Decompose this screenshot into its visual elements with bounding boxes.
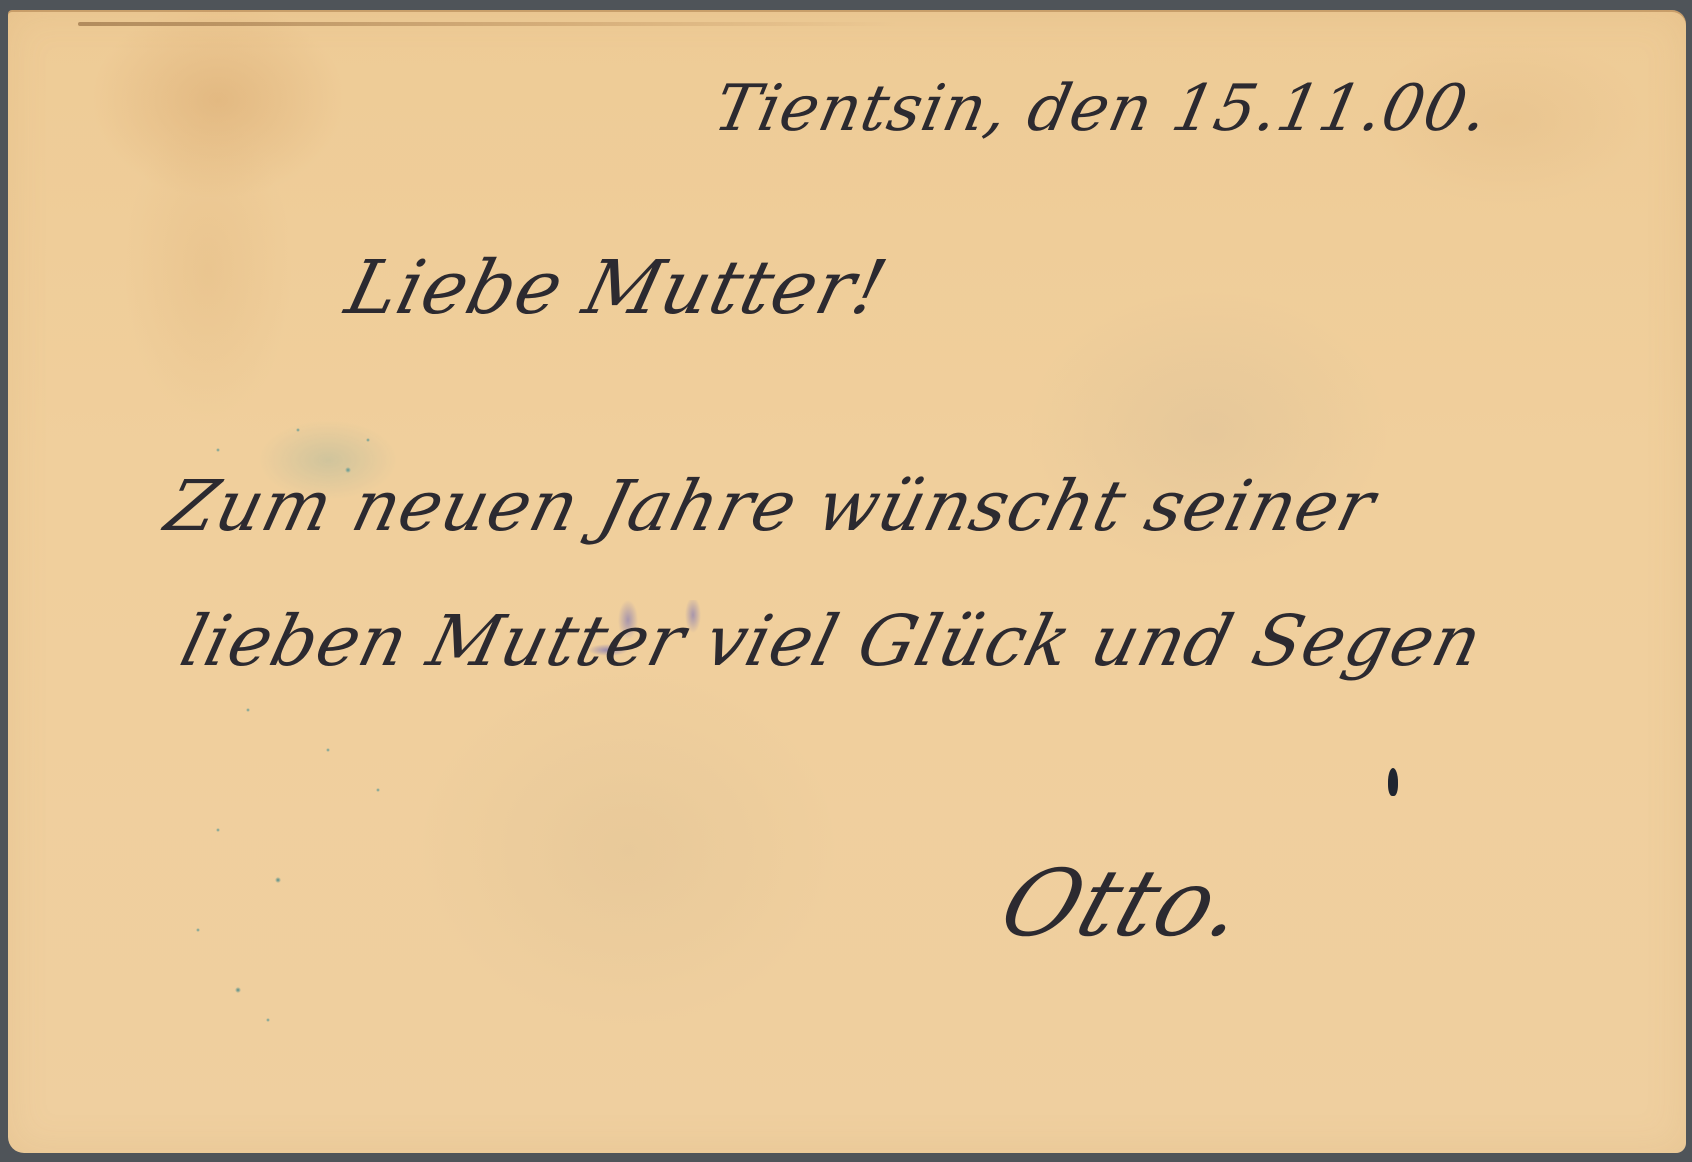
salutation: Liebe Mutter! xyxy=(338,245,896,331)
place-and-date: Tientsin, den 15.11.00. xyxy=(708,72,1496,146)
message-line-1: Zum neuen Jahre wünscht seiner xyxy=(158,465,1384,547)
postcard: Tientsin, den 15.11.00. Liebe Mutter! Zu… xyxy=(8,10,1686,1153)
worn-top-edge xyxy=(78,22,898,26)
ink-blot xyxy=(1388,768,1398,796)
postcard-scan: Tientsin, den 15.11.00. Liebe Mutter! Zu… xyxy=(0,0,1692,1162)
message-line-2: lieben Mutter viel Glück und Segen xyxy=(173,600,1491,682)
signature: Otto. xyxy=(988,850,1260,957)
